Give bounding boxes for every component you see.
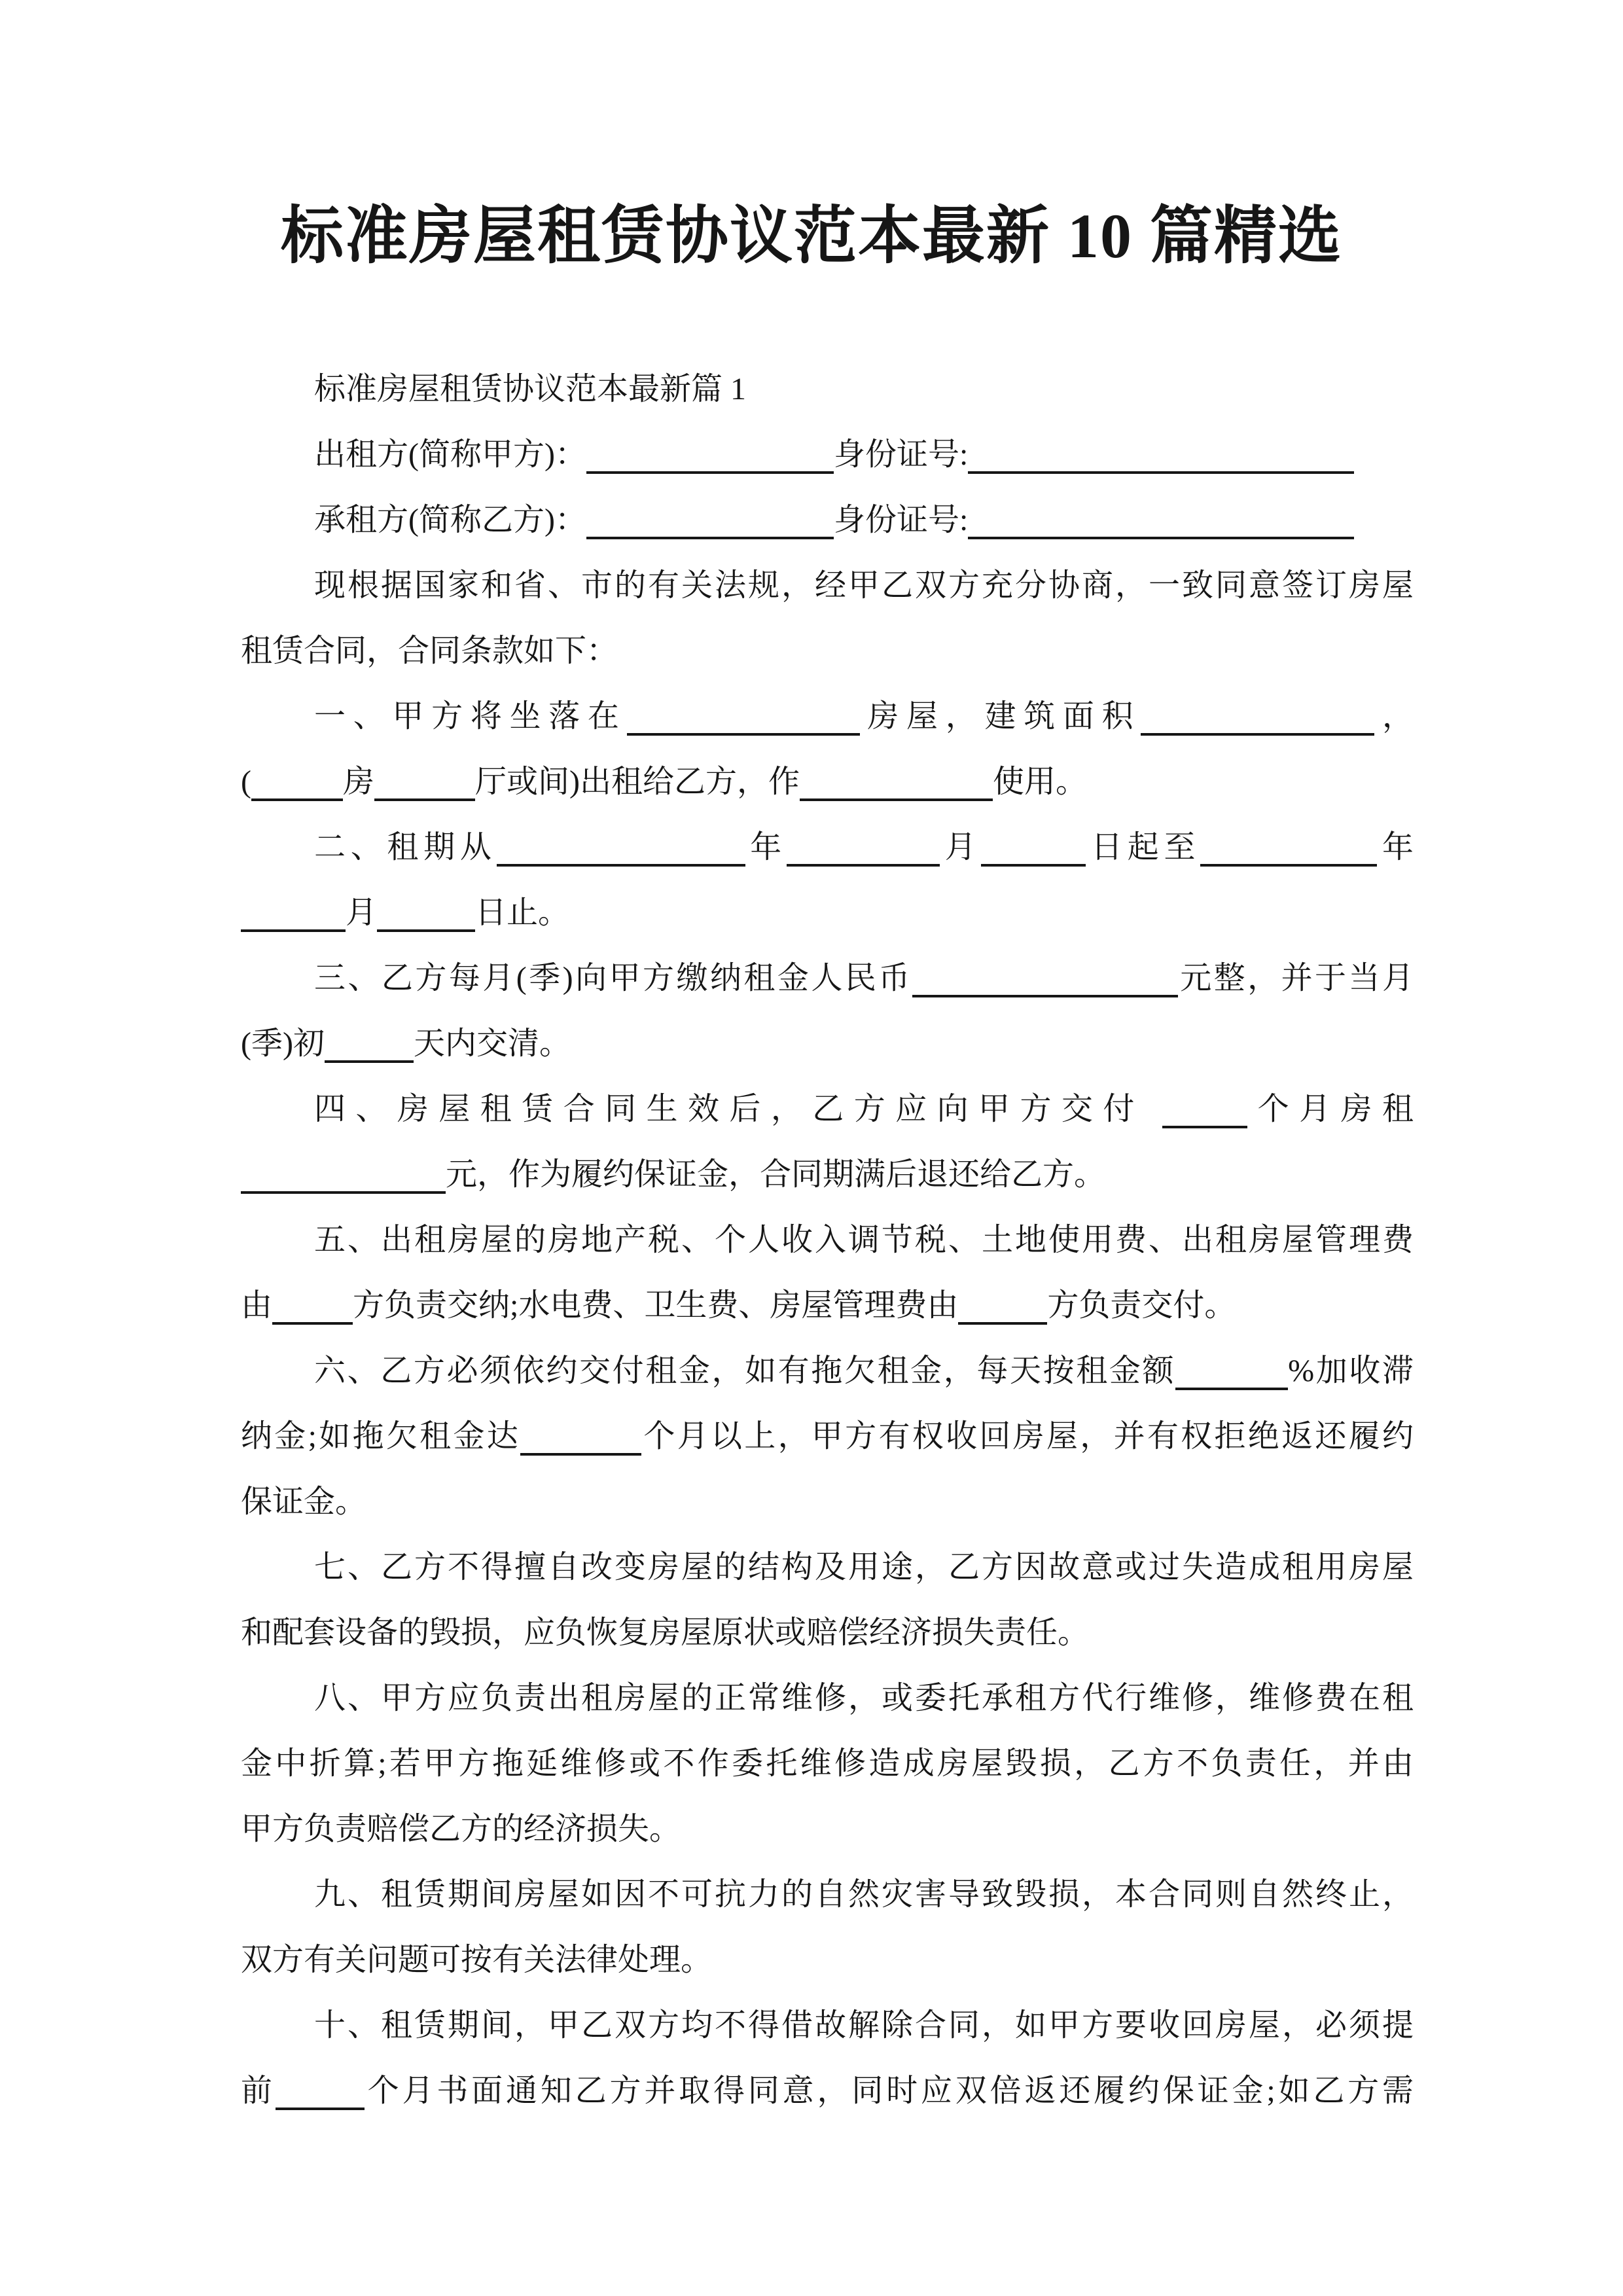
text-segment: 使用。: [993, 764, 1087, 799]
document-line: 五、出租房屋的房地产税、个人收入调节税、土地使用费、出租房屋管理费: [241, 1208, 1414, 1273]
document-line: 出租方(简称甲方)：身份证号:: [241, 422, 1414, 488]
document-line: 六、乙方必须依约交付租金，如有拖欠租金，每天按租金额%加收滞: [241, 1338, 1414, 1404]
document-line: 二、租期从年月日起至年: [241, 815, 1414, 880]
deposit-amount-blank: [241, 1191, 446, 1194]
text-segment: 元整，并于当月: [1178, 961, 1414, 996]
document-line: 八、甲方应负责出租房屋的正常维修，或委托承租方代行维修，维修费在租: [241, 1666, 1414, 1731]
text-segment: 年: [1377, 830, 1414, 865]
document-body: 标准房屋租赁协议范本最新篇 1出租方(简称甲方)：身份证号:承租方(简称乙方)：…: [241, 357, 1414, 2124]
text-segment: 元，作为履约保证金，合同期满后退还给乙方。: [446, 1157, 1105, 1192]
text-segment: (季)初: [241, 1026, 325, 1061]
usage-purpose-blank: [800, 798, 993, 801]
text-segment: 双方有关问题可按有关法律处理。: [241, 1943, 712, 1977]
notice-months-blank: [276, 2108, 365, 2110]
document-line: 由方负责交纳;水电费、卫生费、房屋管理费由方负责交付。: [241, 1273, 1414, 1338]
text-segment: 金中折算;若甲方拖延维修或不作委托维修造成房屋毁损，乙方不负责任，并由: [241, 1746, 1414, 1781]
document-line: 前个月书面通知乙方并取得同意，同时应双倍返还履约保证金;如乙方需: [241, 2058, 1414, 2124]
text-segment: 方负责交付。: [1047, 1288, 1236, 1323]
text-segment: 纳金;如拖欠租金达: [241, 1419, 520, 1454]
rent-amount-blank: [912, 995, 1178, 997]
document-line: 双方有关问题可按有关法律处理。: [241, 1928, 1414, 1993]
text-segment: 保证金。: [241, 1484, 366, 1519]
text-segment: 身份证号:: [834, 503, 968, 537]
document-line: 纳金;如拖欠租金达个月以上，甲方有权收回房屋，并有权拒绝返还履约: [241, 1404, 1414, 1469]
document-line: 和配套设备的毁损，应负恢复房屋原状或赔偿经济损失责任。: [241, 1600, 1414, 1666]
text-segment: 方负责交纳;水电费、卫生费、房屋管理费由: [353, 1288, 958, 1323]
text-segment: 四、房屋租赁合同生效后，乙方应向甲方交付: [314, 1092, 1162, 1126]
payment-days-blank: [325, 1060, 414, 1063]
document-line: 十、租赁期间，甲乙双方均不得借故解除合同，如甲方要收回房屋，必须提: [241, 1993, 1414, 2058]
document-page: 标准房屋租赁协议范本最新 10 篇精选 标准房屋租赁协议范本最新篇 1出租方(简…: [0, 0, 1623, 2296]
lease-start-day-blank: [981, 864, 1086, 867]
text-segment: 标准房屋租赁协议范本最新篇 1: [314, 372, 746, 406]
document-line: 承租方(简称乙方)：身份证号:: [241, 488, 1414, 553]
document-line: (房厅或间)出租给乙方，作使用。: [241, 749, 1414, 815]
text-segment: (: [241, 764, 251, 799]
document-line: 现根据国家和省、市的有关法规，经甲乙双方充分协商，一致同意签订房屋: [241, 553, 1414, 619]
lease-end-year-blank: [1200, 864, 1377, 867]
text-segment: 前: [241, 2073, 276, 2108]
building-area-blank: [1141, 733, 1374, 736]
text-segment: 现根据国家和省、市的有关法规，经甲乙双方充分协商，一致同意签订房屋: [314, 568, 1414, 603]
text-segment: 身份证号:: [834, 437, 968, 472]
text-segment: 二、租期从: [314, 830, 497, 865]
text-segment: 五、出租房屋的房地产税、个人收入调节税、土地使用费、出租房屋管理费: [314, 1223, 1414, 1257]
text-segment: 甲方负责赔偿乙方的经济损失。: [241, 1812, 681, 1846]
document-line: 月日止。: [241, 880, 1414, 946]
lease-end-month-blank: [241, 929, 346, 932]
text-segment: 租赁合同，合同条款如下：: [241, 634, 618, 668]
lessee-name-blank: [586, 537, 834, 539]
document-line: 九、租赁期间房屋如因不可抗力的自然灾害导致毁损，本合同则自然终止，: [241, 1862, 1414, 1928]
document-line: 标准房屋租赁协议范本最新篇 1: [241, 357, 1414, 422]
text-segment: 年: [745, 830, 787, 865]
text-segment: 日起至: [1086, 830, 1200, 865]
text-segment: 十、租赁期间，甲乙双方均不得借故解除合同，如甲方要收回房屋，必须提: [314, 2008, 1414, 2043]
document-line: 租赁合同，合同条款如下：: [241, 619, 1414, 684]
document-line: 四、房屋租赁合同生效后，乙方应向甲方交付 个月房租: [241, 1077, 1414, 1142]
text-segment: 厅或间)出租给乙方，作: [475, 764, 800, 799]
text-segment: 和配套设备的毁损，应负恢复房屋原状或赔偿经济损失责任。: [241, 1615, 1089, 1650]
house-location-blank: [627, 733, 860, 736]
document-line: 元，作为履约保证金，合同期满后退还给乙方。: [241, 1142, 1414, 1208]
text-segment: 月: [346, 895, 377, 930]
document-line: 七、乙方不得擅自改变房屋的结构及用途，乙方因故意或过失造成租用房屋: [241, 1535, 1414, 1600]
text-segment: 个月以上，甲方有权收回房屋，并有权拒绝返还履约: [641, 1419, 1414, 1454]
lessee-id-blank: [968, 537, 1354, 539]
lease-end-day-blank: [377, 929, 475, 932]
text-segment: 八、甲方应负责出租房屋的正常维修，或委托承租方代行维修，维修费在租: [314, 1681, 1414, 1715]
document-line: 金中折算;若甲方拖延维修或不作委托维修造成房屋毁损，乙方不负责任，并由: [241, 1731, 1414, 1797]
deposit-months-blank: [1162, 1126, 1247, 1128]
document-line: 三、乙方每月(季)向甲方缴纳租金人民币元整，并于当月: [241, 946, 1414, 1011]
lease-start-month-blank: [787, 864, 940, 867]
late-fee-percent-blank: [1175, 1388, 1288, 1390]
document-line: 保证金。: [241, 1469, 1414, 1535]
tax-payer-party-blank: [272, 1322, 353, 1325]
text-segment: 出租方(简称甲方)：: [314, 437, 586, 472]
document-line: 甲方负责赔偿乙方的经济损失。: [241, 1797, 1414, 1862]
halls-count-blank: [374, 798, 475, 801]
text-segment: 七、乙方不得擅自改变房屋的结构及用途，乙方因故意或过失造成租用房屋: [314, 1550, 1414, 1585]
arrears-months-blank: [520, 1453, 641, 1456]
document-title: 标准房屋租赁协议范本最新 10 篇精选: [0, 0, 1623, 277]
text-segment: ，: [1374, 699, 1414, 734]
document-line: 一、甲方将坐落在房屋，建筑面积，: [241, 684, 1414, 749]
lessor-id-blank: [968, 471, 1354, 474]
fee-payer-party-blank: [958, 1322, 1047, 1325]
lessor-name-blank: [586, 471, 834, 474]
text-segment: 月: [940, 830, 981, 865]
text-segment: 房: [343, 764, 374, 799]
document-line: (季)初天内交清。: [241, 1011, 1414, 1077]
text-segment: 个月书面通知乙方并取得同意，同时应双倍返还履约保证金;如乙方需: [365, 2073, 1414, 2108]
text-segment: 天内交清。: [414, 1026, 571, 1061]
lease-start-year-blank: [497, 864, 745, 867]
text-segment: 承租方(简称乙方)：: [314, 503, 586, 537]
text-segment: 日止。: [475, 895, 569, 930]
text-segment: 九、租赁期间房屋如因不可抗力的自然灾害导致毁损，本合同则自然终止，: [314, 1877, 1414, 1912]
text-segment: 由: [241, 1288, 272, 1323]
rooms-count-blank: [251, 798, 343, 801]
text-segment: 一、甲方将坐落在: [314, 699, 627, 734]
text-segment: 房屋，建筑面积: [860, 699, 1141, 734]
text-segment: 六、乙方必须依约交付租金，如有拖欠租金，每天按租金额: [314, 1354, 1175, 1388]
text-segment: 个月房租: [1247, 1092, 1414, 1126]
text-segment: 三、乙方每月(季)向甲方缴纳租金人民币: [314, 961, 912, 996]
text-segment: %加收滞: [1288, 1354, 1414, 1388]
